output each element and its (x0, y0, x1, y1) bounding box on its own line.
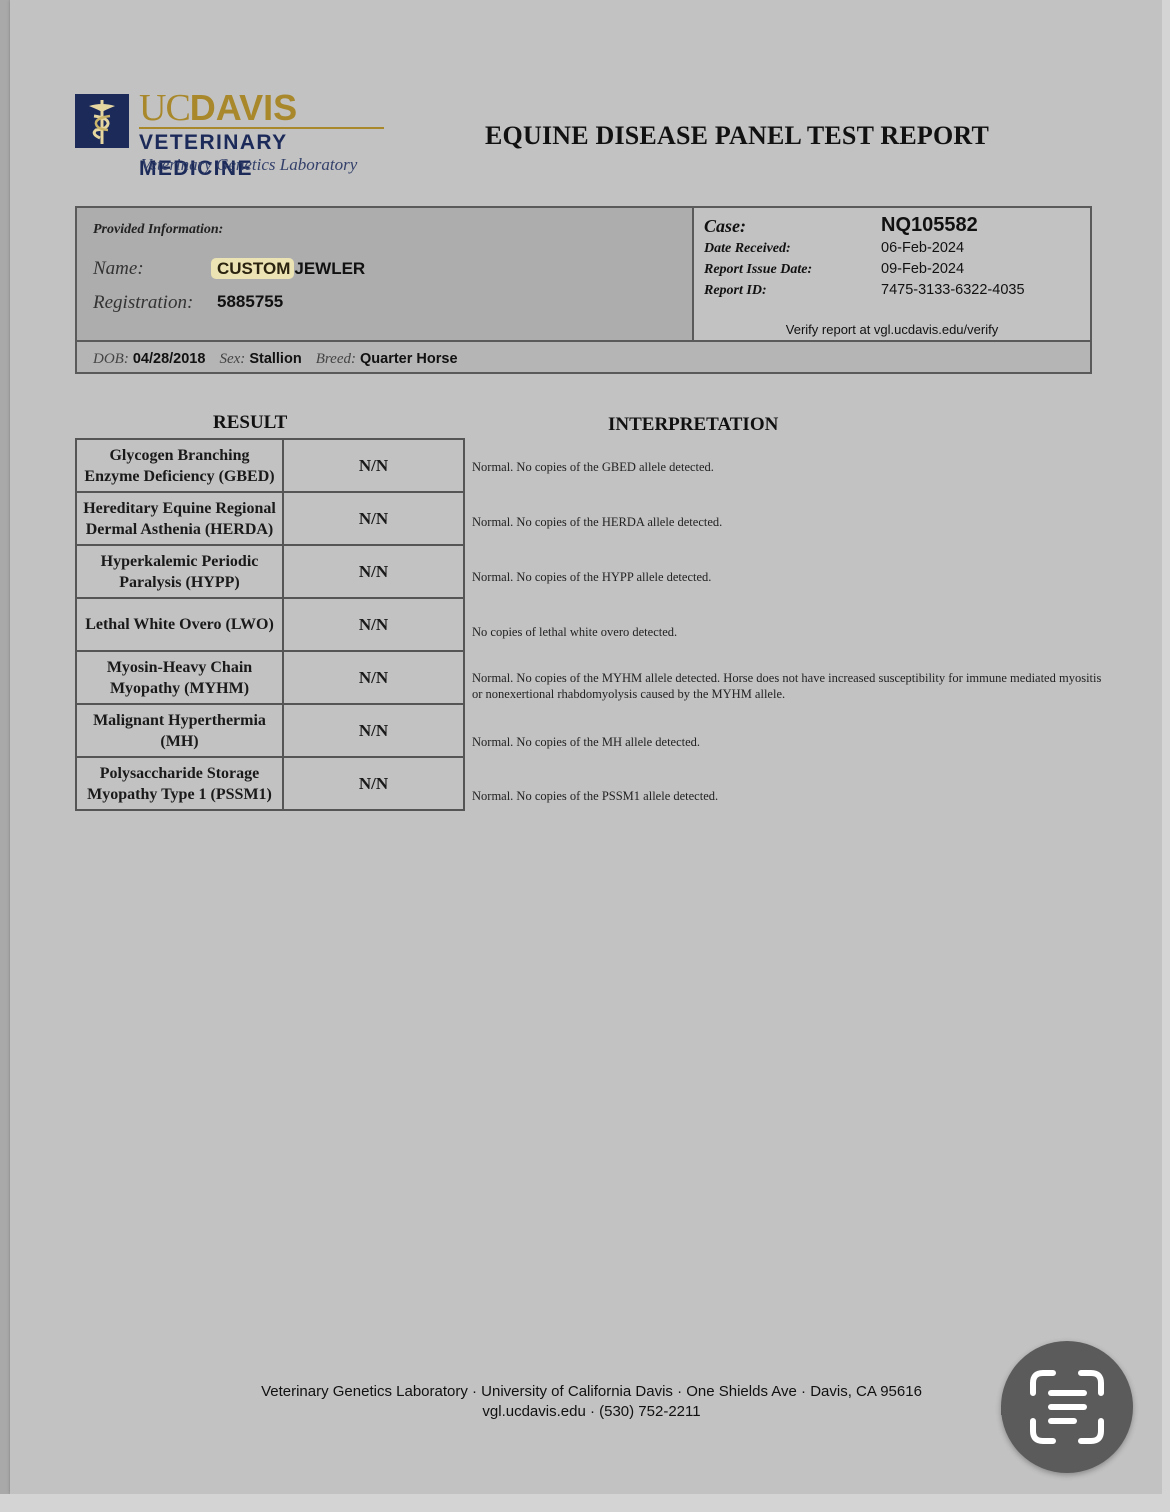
live-text-scan-button[interactable] (1001, 1341, 1133, 1473)
info-box: Provided Information: Name: CUSTOMJEWLER… (75, 206, 1092, 374)
date-received-value: 06-Feb-2024 (881, 240, 964, 256)
genotype-result: N/N (283, 492, 464, 545)
disease-name-line2: Enzyme Deficiency (GBED) (77, 466, 282, 487)
result-heading: RESULT (213, 412, 287, 434)
disease-name: Hyperkalemic PeriodicParalysis (HYPP) (76, 545, 283, 598)
result-row: Lethal White Overo (LWO)N/N (76, 598, 464, 651)
disease-name-line2: Myopathy Type 1 (PSSM1) (77, 784, 282, 805)
date-received-label: Date Received: (704, 241, 791, 257)
name-label: Name: (93, 258, 144, 280)
screen-edge-bottom (0, 1494, 1170, 1512)
caduceus-icon (75, 94, 129, 148)
disease-name: Polysaccharide StorageMyopathy Type 1 (P… (76, 757, 283, 810)
genotype-result: N/N (283, 598, 464, 651)
disease-name-line1: Malignant Hyperthermia (77, 710, 282, 731)
registration-value: 5885755 (217, 292, 283, 312)
screen-edge (1162, 0, 1170, 1512)
report-id-label: Report ID: (704, 283, 767, 299)
name-rest: JEWLER (294, 259, 365, 278)
disease-name: Lethal White Overo (LWO) (76, 598, 283, 651)
disease-name: Hereditary Equine RegionalDermal Astheni… (76, 492, 283, 545)
disease-name-line1: Hyperkalemic Periodic (77, 551, 282, 572)
dob-label: DOB: (93, 351, 129, 367)
report-id-value: 7475-3133-6322-4035 (881, 282, 1025, 298)
results-table: Glycogen BranchingEnzyme Deficiency (GBE… (75, 438, 465, 811)
issue-date-label: Report Issue Date: (704, 262, 812, 278)
result-row: Polysaccharide StorageMyopathy Type 1 (P… (76, 757, 464, 810)
case-information: Case: NQ105582 Date Received: 06-Feb-202… (694, 208, 1090, 340)
interpretation-text: Normal. No copies of the MH allele detec… (472, 734, 1112, 750)
verify-link[interactable]: Verify report at vgl.ucdavis.edu/verify (694, 322, 1090, 337)
footer-address: Veterinary Genetics Laboratory · Univers… (10, 1382, 1170, 1402)
disease-name-line1: Glycogen Branching (77, 445, 282, 466)
disease-name-line2: Paralysis (HYPP) (77, 572, 282, 593)
breed-value: Quarter Horse (360, 351, 458, 367)
breed-label: Breed: (316, 351, 356, 367)
issue-date-value: 09-Feb-2024 (881, 261, 964, 277)
footer: Veterinary Genetics Laboratory · Univers… (10, 1382, 1170, 1422)
interpretation-text: Normal. No copies of the PSSM1 allele de… (472, 788, 1112, 804)
disease-name-line2: Dermal Asthenia (HERDA) (77, 519, 282, 540)
genotype-result: N/N (283, 439, 464, 492)
result-row: Hereditary Equine RegionalDermal Astheni… (76, 492, 464, 545)
provided-information: Provided Information: Name: CUSTOMJEWLER… (77, 208, 694, 340)
case-value: NQ105582 (881, 214, 978, 237)
disease-name: Malignant Hyperthermia(MH) (76, 704, 283, 757)
disease-name-line2: Myopathy (MYHM) (77, 678, 282, 699)
genotype-result: N/N (283, 704, 464, 757)
disease-name-line1: Lethal White Overo (LWO) (77, 614, 282, 635)
disease-name-line1: Polysaccharide Storage (77, 763, 282, 784)
result-row: Myosin-Heavy ChainMyopathy (MYHM)N/N (76, 651, 464, 704)
sex-value: Stallion (249, 351, 301, 367)
registration-label: Registration: (93, 292, 193, 314)
dob-value: 04/28/2018 (133, 351, 206, 367)
lab-name: Veterinary Genetics Laboratory (141, 154, 357, 176)
footer-contact: vgl.ucdavis.edu · (530) 752-2211 (10, 1402, 1170, 1422)
report-title: EQUINE DISEASE PANEL TEST REPORT (485, 121, 989, 151)
logo-divider (139, 127, 384, 129)
ucdavis-logo: UCDAVIS VETERINARY MEDICINE Veterinary G… (75, 92, 405, 182)
disease-name-line1: Hereditary Equine Regional (77, 498, 282, 519)
interpretation-text: Normal. No copies of the HERDA allele de… (472, 514, 1112, 530)
demographics-row: DOB: 04/28/2018 Sex: Stallion Breed: Qua… (77, 340, 1090, 372)
interpretation-text: Normal. No copies of the GBED allele det… (472, 459, 1112, 475)
result-row: Glycogen BranchingEnzyme Deficiency (GBE… (76, 439, 464, 492)
result-row: Malignant Hyperthermia(MH)N/N (76, 704, 464, 757)
disease-name: Glycogen BranchingEnzyme Deficiency (GBE… (76, 439, 283, 492)
genotype-result: N/N (283, 651, 464, 704)
sex-label: Sex: (219, 351, 245, 367)
uc-davis-wordmark: UCDAVIS (139, 88, 297, 128)
live-text-scan-icon (1001, 1341, 1133, 1473)
result-row: Hyperkalemic PeriodicParalysis (HYPP)N/N (76, 545, 464, 598)
case-label: Case: (704, 216, 746, 237)
interpretation-text: No copies of lethal white overo detected… (472, 624, 1112, 640)
genotype-result: N/N (283, 545, 464, 598)
provided-heading: Provided Information: (93, 222, 223, 238)
name-highlight[interactable]: CUSTOM (211, 258, 294, 279)
document-page: UCDAVIS VETERINARY MEDICINE Veterinary G… (10, 0, 1162, 1494)
disease-name-line2: (MH) (77, 731, 282, 752)
genotype-result: N/N (283, 757, 464, 810)
disease-name: Myosin-Heavy ChainMyopathy (MYHM) (76, 651, 283, 704)
interpretation-text: Normal. No copies of the MYHM allele det… (472, 670, 1112, 702)
horse-name: CUSTOMJEWLER (211, 256, 365, 282)
interpretation-text: Normal. No copies of the HYPP allele det… (472, 569, 1112, 585)
disease-name-line1: Myosin-Heavy Chain (77, 657, 282, 678)
interpretation-heading: INTERPRETATION (608, 414, 778, 436)
